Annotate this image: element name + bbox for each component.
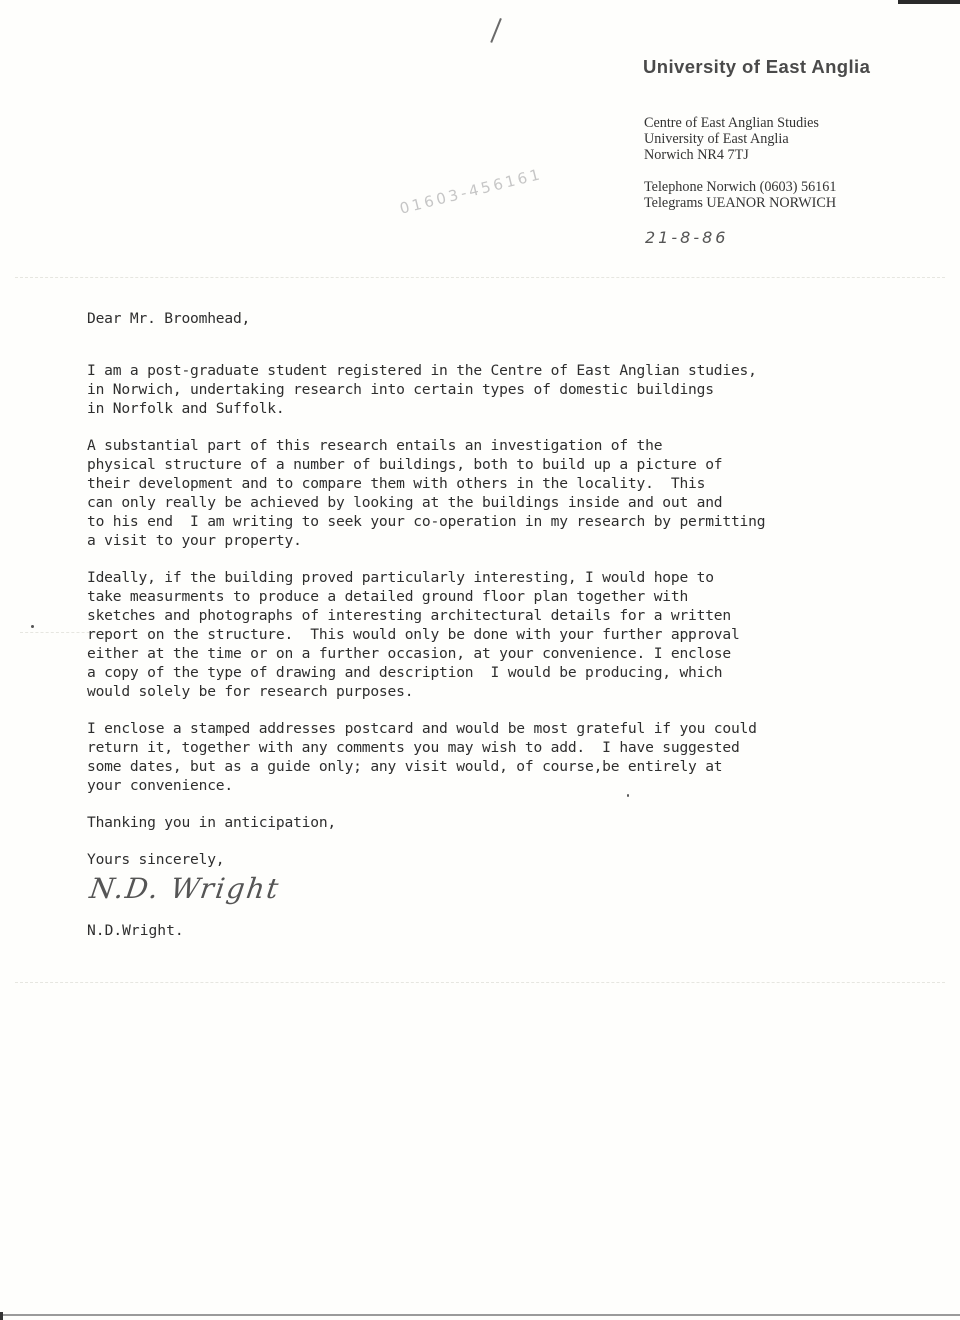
fold-line (15, 982, 945, 983)
text-line: Ideally, if the building proved particul… (87, 568, 887, 587)
text-line: take measurments to produce a detailed g… (87, 587, 887, 606)
text-line: in Norwich, undertaking research into ce… (87, 380, 887, 399)
address-line: Centre of East Anglian Studies (644, 115, 836, 131)
handwritten-signature: N.D. Wright (88, 872, 283, 905)
telegrams-line: Telegrams UEANOR NORWICH (644, 195, 836, 211)
paper-edge (0, 1310, 960, 1320)
pen-mark (490, 18, 502, 43)
text-line: sketches and photographs of interesting … (87, 606, 887, 625)
paragraph-research: A substantial part of this research enta… (87, 436, 887, 550)
letterhead-address: Centre of East Anglian Studies Universit… (644, 115, 836, 211)
text-line: your convenience. (87, 776, 887, 795)
pencil-phone-note: 01603-456161 (398, 165, 544, 218)
text-line: return it, together with any comments yo… (87, 738, 887, 757)
letterhead-institution: University of East Anglia (643, 56, 870, 78)
text-line: in Norfolk and Suffolk. (87, 399, 887, 418)
telephone-line: Telephone Norwich (0603) 56161 (644, 179, 836, 195)
text-line: physical structure of a number of buildi… (87, 455, 887, 474)
salutation: Dear Mr. Broomhead, (87, 309, 887, 328)
handwritten-date: 21-8-86 (645, 228, 728, 247)
text-line: would solely be for research purposes. (87, 682, 887, 701)
closing-thanks: Thanking you in anticipation, (87, 813, 887, 832)
fold-line (15, 277, 945, 278)
paper-edge (0, 1312, 3, 1320)
text-line: I am a post-graduate student registered … (87, 361, 887, 380)
stray-mark (31, 625, 34, 628)
text-line: either at the time or on a further occas… (87, 644, 887, 663)
text-line: some dates, but as a guide only; any vis… (87, 757, 887, 776)
paragraph-measurements: Ideally, if the building proved particul… (87, 568, 887, 701)
text-line: can only really be achieved by looking a… (87, 493, 887, 512)
text-line: to his end I am writing to seek your co-… (87, 512, 887, 531)
address-line: Norwich NR4 7TJ (644, 147, 836, 163)
text-line: a visit to your property. (87, 531, 887, 550)
text-line: their development and to compare them wi… (87, 474, 887, 493)
letter-body: Dear Mr. Broomhead, I am a post-graduate… (87, 309, 887, 887)
paper-edge (898, 0, 960, 4)
address-line: University of East Anglia (644, 131, 836, 147)
text-line: A substantial part of this research enta… (87, 436, 887, 455)
text-line: report on the structure. This would only… (87, 625, 887, 644)
text-line: I enclose a stamped addresses postcard a… (87, 719, 887, 738)
closing-sincerely: Yours sincerely, (87, 850, 887, 869)
text-line: a copy of the type of drawing and descri… (87, 663, 887, 682)
typed-signature: N.D.Wright. (87, 922, 184, 939)
paragraph-postcard: I enclose a stamped addresses postcard a… (87, 719, 887, 795)
paragraph-intro: I am a post-graduate student registered … (87, 361, 887, 418)
